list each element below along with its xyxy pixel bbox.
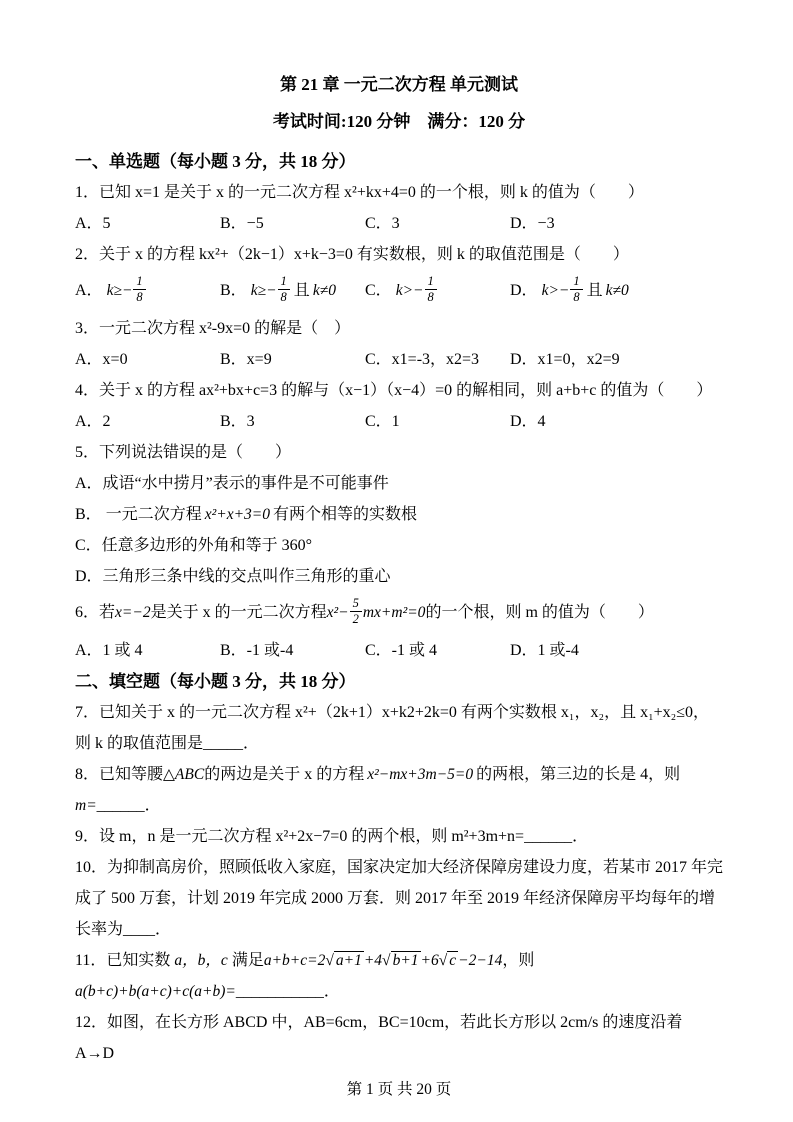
question-6-options: A．1 或 4 B．-1 或-4 C．-1 或 4 D．1 或-4 (75, 635, 723, 666)
fraction-numerator: 1 (278, 274, 290, 290)
question-1-options: A．5 B．−5 C．3 D．−3 (75, 208, 723, 239)
option-math-pre: k>− (396, 282, 424, 299)
q6-option-d: D．1 或-4 (510, 635, 723, 666)
question-7-line1: 7．已知关于 x 的一元二次方程 x²+（2k+1）x+k2+2k=0 有两个实… (75, 697, 723, 728)
radicand: c (447, 951, 458, 969)
q1-option-d: D．−3 (510, 208, 723, 239)
radical-2: √b+1 (382, 951, 420, 969)
option-math-post: k≠0 (606, 282, 629, 299)
question-4-text: 4．关于 x 的方程 ax²+bx+c=3 的解与（x−1）（x−4）=0 的解… (75, 375, 723, 406)
q11-period: ． (324, 983, 340, 1000)
q8-triangle: △ABC (163, 766, 204, 783)
question-10-line3: 长率为____． (75, 914, 723, 945)
fraction-denominator: 8 (278, 290, 290, 305)
q6-option-c: C．-1 或 4 (365, 635, 510, 666)
question-10-line2: 成了 500 万套，计划 2019 年完成 2000 万套．则 2017 年至 … (75, 883, 723, 914)
q5-option-d: D．三角形三条中线的交点叫作三角形的重心 (75, 561, 723, 592)
page-number-indicator: 第 1 页 共 20 页 (75, 1074, 723, 1105)
option-label: A． (75, 282, 103, 299)
option-label: B． (75, 506, 102, 523)
q3-option-b: B．x=9 (220, 344, 365, 375)
fraction-numerator: 5 (350, 596, 362, 612)
question-8-line1: 8．已知等腰△ABC的两边是关于 x 的方程x²−mx+3m−5=0的两根，第三… (75, 759, 723, 790)
answer-blank: ___________ (236, 983, 324, 1000)
q1-option-a: A．5 (75, 208, 220, 239)
q8-text-mid: 的两边是关于 x 的方程 (204, 766, 364, 783)
fraction-denominator: 8 (570, 290, 582, 305)
question-12-text: 12．如图，在长方形 ABCD 中，AB=6cm，BC=10cm，若此长方形以 … (75, 1007, 723, 1069)
q3-option-d: D．x1=0，x2=9 (510, 344, 723, 375)
fraction-denominator: 2 (350, 612, 362, 627)
section-heading-fill-blank: 二、填空题（每小题 3 分，共 18 分） (75, 666, 723, 697)
q4-option-b: B．3 (220, 406, 365, 437)
q6-text-mid: 是关于 x 的一元二次方程 (151, 604, 327, 621)
q2-option-c: C．k>−18 (365, 276, 510, 307)
option-math-pre: k≥− (107, 282, 133, 299)
fraction: 18 (278, 274, 290, 305)
fraction: 18 (425, 274, 437, 305)
q2-option-b: B．k≥−18且k≠0 (220, 276, 365, 307)
fraction-numerator: 1 (425, 274, 437, 290)
page-title: 第 21 章 一元二次方程 单元测试 (75, 74, 723, 96)
q6-equation-end: mx+m²=0 (363, 604, 426, 621)
q11-operator-2: +6 (421, 952, 439, 969)
q11-equation-tail: −2−14 (458, 952, 502, 969)
q2-option-a: A．k≥−18 (75, 276, 220, 307)
question-11-line2: a(b+c)+b(a+c)+c(a+b)=___________． (75, 976, 723, 1007)
q2-option-d: D．k>−18且k≠0 (510, 276, 723, 307)
exam-info: 考试时间:120 分钟 满分：120 分 (75, 111, 723, 133)
option-math-post: k≠0 (313, 282, 336, 299)
question-9-text: 9．设 m，n 是一元二次方程 x²+2x−7=0 的两个根，则 m²+3m+n… (75, 821, 723, 852)
q4-option-d: D．4 (510, 406, 723, 437)
radical-sign: √ (325, 952, 334, 969)
question-8-line2: m=______． (75, 790, 723, 821)
option-label: C． (365, 282, 392, 299)
q11-text-mid: 满足 (228, 952, 264, 969)
q3-option-c: C．x1=-3，x2=3 (365, 344, 510, 375)
option-math-pre: k>− (542, 282, 570, 299)
q11-text-pre: 11．已知实数 (75, 952, 174, 969)
question-3-text: 3．一元二次方程 x²-9x=0 的解是（ ） (75, 313, 723, 344)
radicand: a+1 (334, 951, 364, 969)
fraction-numerator: 1 (570, 274, 582, 290)
fraction-denominator: 8 (425, 290, 437, 305)
option-text-mid: 且 (294, 282, 310, 299)
q8-text-post: 的两根，第三边的长是 4，则 (476, 766, 680, 783)
radical-sign: √ (439, 952, 448, 969)
page-content: 第 21 章 一元二次方程 单元测试 考试时间:120 分钟 满分：120 分 … (75, 74, 723, 1105)
test-paper-page: 第 21 章 一元二次方程 单元测试 考试时间:120 分钟 满分：120 分 … (0, 0, 793, 1122)
question-2-options: A．k≥−18 B．k≥−18且k≠0 C．k>−18 D．k>−18且k≠0 (75, 270, 723, 313)
q1-option-b: B．−5 (220, 208, 365, 239)
section-heading-single-choice: 一、单选题（每小题 3 分，共 18 分） (75, 146, 723, 177)
question-2-text: 2．关于 x 的方程 kx²+（2k−1）x+k−3=0 有实数根，则 k 的取… (75, 239, 723, 270)
q4-option-c: C．1 (365, 406, 510, 437)
question-1-text: 1．已知 x=1 是关于 x 的一元二次方程 x²+kx+4=0 的一个根，则 … (75, 177, 723, 208)
q6-equation-start: x²− (327, 604, 349, 621)
option-label: D． (510, 282, 538, 299)
q6-text-pre: 6．若 (75, 604, 115, 621)
q6-option-a: A．1 或 4 (75, 635, 220, 666)
question-6-text: 6．若x=−2是关于 x 的一元二次方程x²−52mx+m²=0的一个根，则 m… (75, 592, 723, 635)
q11-variables: a，b，c (174, 952, 227, 969)
q6-math-root: x=−2 (115, 604, 151, 621)
option-math-pre: k≥− (251, 282, 277, 299)
option-text-pre: 一元二次方程 (106, 506, 202, 523)
radical-sign: √ (382, 952, 391, 969)
q5-option-a: A．成语“水中捞月”表示的事件是不可能事件 (75, 468, 723, 499)
q6-option-b: B．-1 或-4 (220, 635, 365, 666)
option-equation: x²+x+3=0 (205, 506, 270, 523)
radicand: b+1 (391, 951, 421, 969)
q11-equation-lhs: a+b+c=2 (264, 952, 326, 969)
q8-text-pre: 8．已知等腰 (75, 766, 163, 783)
question-4-options: A．2 B．3 C．1 D．4 (75, 406, 723, 437)
q6-text-post: 的一个根，则 m 的值为（ ） (425, 604, 653, 621)
q11-operator-1: +4 (364, 952, 382, 969)
q8-equation: x²−mx+3m−5=0 (367, 766, 473, 783)
answer-blank: ______ (97, 797, 145, 814)
option-label: B． (220, 282, 247, 299)
fraction: 52 (350, 596, 362, 627)
question-11-line1: 11．已知实数 a，b，c 满足a+b+c=2√a+1+4√b+1+6√c−2−… (75, 945, 723, 976)
question-5-text: 5．下列说法错误的是（ ） (75, 437, 723, 468)
option-text-post: 有两个相等的实数根 (273, 506, 417, 523)
q1-option-c: C．3 (365, 208, 510, 239)
question-10-line1: 10．为抑制高房价，照顾低收入家庭，国家决定加大经济保障房建设力度，若某市 20… (75, 852, 723, 883)
q3-option-a: A．x=0 (75, 344, 220, 375)
q5-option-c: C．任意多边形的外角和等于 360° (75, 530, 723, 561)
q11-text-post: ，则 (502, 952, 534, 969)
q4-option-a: A．2 (75, 406, 220, 437)
question-3-options: A．x=0 B．x=9 C．x1=-3，x2=3 D．x1=0，x2=9 (75, 344, 723, 375)
option-text-mid: 且 (587, 282, 603, 299)
q8-answer-lhs: m= (75, 797, 97, 814)
fraction-denominator: 8 (133, 290, 145, 305)
question-7-line2: 则 k 的取值范围是_____． (75, 728, 723, 759)
q11-expression: a(b+c)+b(a+c)+c(a+b)= (75, 983, 236, 1000)
fraction: 18 (133, 274, 145, 305)
q8-period: ． (145, 797, 161, 814)
fraction-numerator: 1 (133, 274, 145, 290)
q5-option-b: B．一元二次方程x²+x+3=0有两个相等的实数根 (75, 499, 723, 530)
radical-3: √c (439, 951, 458, 969)
fraction: 18 (570, 274, 582, 305)
radical-1: √a+1 (325, 951, 363, 969)
